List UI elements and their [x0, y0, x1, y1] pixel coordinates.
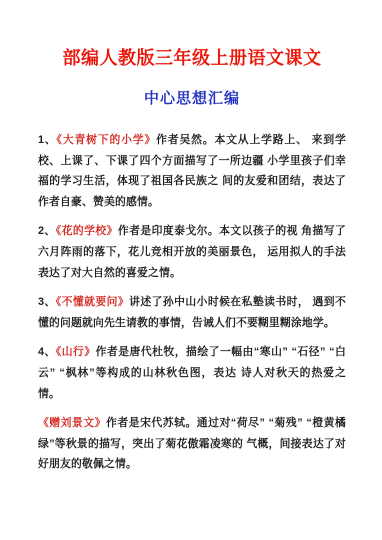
- document-page: 部编人教版三年级上册语文课文 中心思想汇编 1、《大青树下的小学》作者吴然。本文…: [0, 0, 382, 540]
- paragraph-lesson-4: 4、《山行》作者是唐代杜牧，描绘了一幅由“寒山” “石径” “白云” “枫林”等…: [38, 342, 346, 404]
- book-title: 《赠刘景文》: [38, 417, 106, 429]
- lesson-summary-list: 1、《大青树下的小学》作者吴然。本文从上学路上、 来到学校、上课了、下课了四个方…: [38, 130, 346, 475]
- paragraph-number: 1、: [38, 134, 57, 146]
- paragraph-lesson-2: 2、《花的学校》作者是印度泰戈尔。本文以孩子的视 角描写了六月阵雨的落下，花儿竞…: [38, 221, 346, 283]
- book-title: 《花的学校》: [56, 225, 118, 237]
- page-title: 部编人教版三年级上册语文课文: [38, 44, 346, 70]
- book-title: 《大青树下的小学》: [57, 134, 157, 146]
- book-title: 《山行》: [56, 346, 96, 358]
- page-subtitle: 中心思想汇编: [38, 87, 346, 108]
- paragraph-lesson-3: 3、《不懂就要问》讲述了孙中山小时候在私塾读书时， 遇到不懂的问题就向先生请教的…: [38, 292, 346, 333]
- paragraph-number: 3、: [38, 296, 56, 308]
- paragraph-lesson-5: 《赠刘景文》作者是宋代苏轼。通过对“荷尽” “菊残” “橙黄橘绿”等秋景的描写，…: [38, 413, 346, 475]
- paragraph-number: 4、: [38, 346, 56, 358]
- paragraph-number: 2、: [38, 225, 56, 237]
- paragraph-lesson-1: 1、《大青树下的小学》作者吴然。本文从上学路上、 来到学校、上课了、下课了四个方…: [38, 130, 346, 212]
- book-title: 《不懂就要问》: [56, 296, 129, 308]
